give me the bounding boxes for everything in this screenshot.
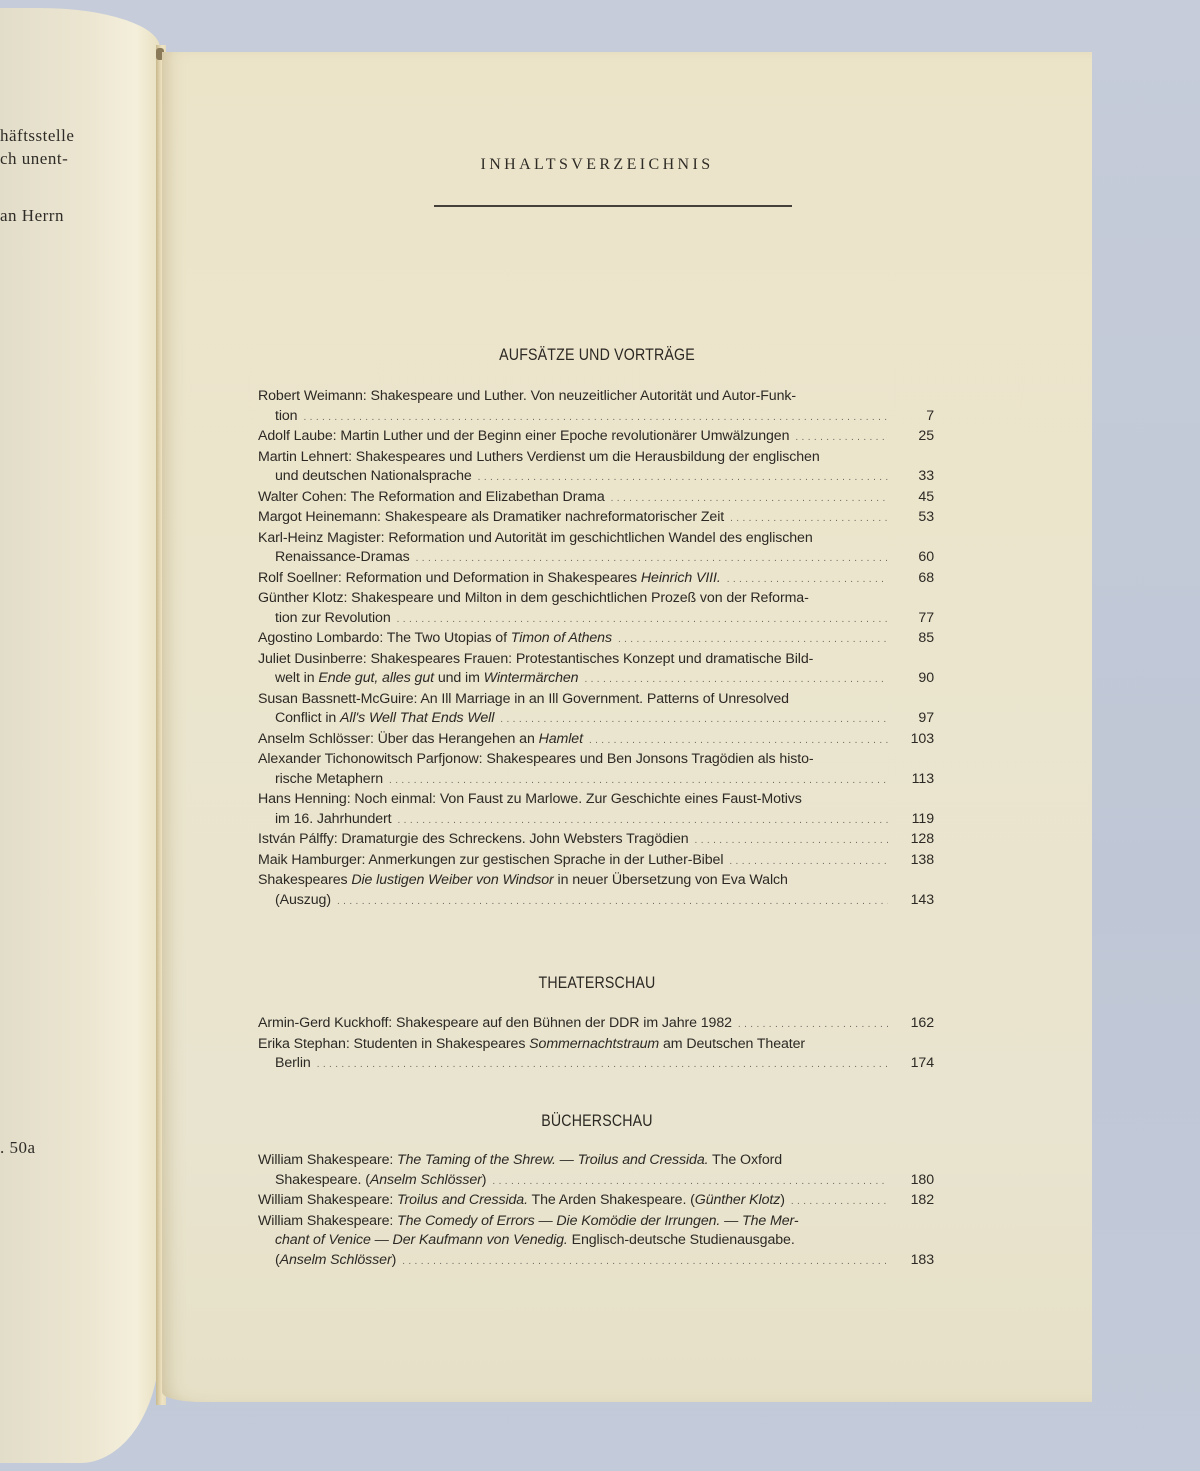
toc-entry-text: William Shakespeare: The Comedy of Error… [258,1212,799,1232]
toc-entry-line: (Auszug)................................… [258,891,936,912]
toc-page-number: 119 [894,810,936,830]
toc-page-number: 7 [894,407,936,427]
toc-entry-text: Martin Lehnert: Shakespeares und Luthers… [258,448,820,468]
left-page-text-fragment: ch unent- [0,149,68,169]
toc-list-buecherschau: William Shakespeare: The Taming of the S… [258,1151,936,1271]
toc-entry-text: Robert Weimann: Shakespeare und Luther. … [258,387,796,407]
toc-entry-line: Martin Lehnert: Shakespeares und Luthers… [258,448,936,468]
toc-entry-text: Maik Hamburger: Anmerkungen zur gestisch… [258,851,723,871]
toc-entry-text: Susan Bassnett-McGuire: An Ill Marriage … [258,690,789,710]
toc-entry: Erika Stephan: Studenten in Shakespeares… [258,1035,936,1075]
toc-page-number: 138 [894,851,936,871]
toc-entry-text: tion [275,407,297,427]
toc-entry: Robert Weimann: Shakespeare und Luther. … [258,387,936,427]
toc-entry-line: Maik Hamburger: Anmerkungen zur gestisch… [258,851,936,872]
dot-leader: ........................................… [402,1252,888,1272]
toc-entry-text: welt in Ende gut, alles gut und im Winte… [275,669,578,689]
toc-entry-text: Walter Cohen: The Reformation and Elizab… [258,488,605,508]
toc-entry-line: William Shakespeare: The Comedy of Error… [258,1212,936,1232]
dot-leader: ........................................… [727,570,888,590]
toc-entry-text: Berlin [275,1054,311,1074]
toc-page-number: 77 [894,609,936,629]
toc-page-number: 143 [894,891,936,911]
toc-entry: William Shakespeare: The Comedy of Error… [258,1212,936,1272]
dot-leader: ........................................… [500,710,888,730]
toc-entry-text: István Pálffy: Dramaturgie des Schrecken… [258,830,689,850]
dot-leader: ........................................… [738,1015,888,1035]
toc-entry-line: Renaissance-Dramas......................… [258,548,936,569]
toc-entry-line: im 16. Jahrhundert......................… [258,810,936,831]
toc-entry-line: Shakespeares Die lustigen Weiber von Win… [258,871,936,891]
toc-entry-text: Alexander Tichonowitsch Parfjonow: Shake… [258,750,814,770]
toc-entry-line: Shakespeare. (Anselm Schlösser).........… [258,1171,936,1192]
toc-entry: Rolf Soellner: Reformation und Deformati… [258,569,936,590]
toc-entry: Shakespeares Die lustigen Weiber von Win… [258,871,936,911]
toc-list-theaterschau: Armin-Gerd Kuckhoff: Shakespeare auf den… [258,1014,936,1075]
toc-entry-line: Berlin..................................… [258,1054,936,1075]
toc-entry-line: (Anselm Schlösser)......................… [258,1251,936,1272]
toc-page-number: 174 [894,1054,936,1074]
dot-leader: ........................................… [729,852,888,872]
toc-page-number: 128 [894,830,936,850]
toc-entry-text: im 16. Jahrhundert [275,810,392,830]
toc-page-number: 183 [894,1251,936,1271]
dot-leader: ........................................… [398,811,889,831]
left-page-text-fragment: . 50a [0,1138,36,1158]
dot-leader: ........................................… [795,428,888,448]
dot-leader: ........................................… [695,831,888,851]
toc-entry: István Pálffy: Dramaturgie des Schrecken… [258,830,936,851]
toc-entry-line: Agostino Lombardo: The Two Utopias of Ti… [258,629,936,650]
toc-entry-line: Günther Klotz: Shakespeare und Milton in… [258,589,936,609]
toc-entry-text: Margot Heinemann: Shakespeare als Dramat… [258,508,724,528]
toc-entry-line: rische Metaphern........................… [258,770,936,791]
toc-entry-line: tion....................................… [258,407,936,428]
toc-entry: Karl-Heinz Magister: Reformation und Aut… [258,529,936,569]
toc-entry: Susan Bassnett-McGuire: An Ill Marriage … [258,690,936,730]
toc-entry: William Shakespeare: Troilus and Cressid… [258,1191,936,1212]
toc-page-number: 25 [894,427,936,447]
dot-leader: ........................................… [303,408,888,428]
toc-entry: Margot Heinemann: Shakespeare als Dramat… [258,508,936,529]
toc-page-number: 68 [894,569,936,589]
toc-entry: Armin-Gerd Kuckhoff: Shakespeare auf den… [258,1014,936,1035]
toc-entry-line: Karl-Heinz Magister: Reformation und Aut… [258,529,936,549]
toc-entry-line: Robert Weimann: Shakespeare und Luther. … [258,387,936,407]
toc-entry: Günther Klotz: Shakespeare und Milton in… [258,589,936,629]
toc-entry-text: (Anselm Schlösser) [275,1251,396,1271]
toc-entry: Agostino Lombardo: The Two Utopias of Ti… [258,629,936,650]
dot-leader: ........................................… [397,610,888,630]
toc-entry-line: Conflict in All's Well That Ends Well...… [258,709,936,730]
toc-entry: Martin Lehnert: Shakespeares und Luthers… [258,448,936,488]
toc-entry-text: Anselm Schlösser: Über das Herangehen an… [258,730,583,750]
toc-entry-line: Anselm Schlösser: Über das Herangehen an… [258,730,936,751]
toc-entry-line: chant of Venice — Der Kaufmann von Vened… [258,1231,936,1251]
dot-leader: ........................................… [317,1055,888,1075]
dot-leader: ........................................… [478,468,888,488]
toc-entry-text: William Shakespeare: The Taming of the S… [258,1151,782,1171]
toc-entry-line: Juliet Dusinberre: Shakespeares Frauen: … [258,650,936,670]
dot-leader: ........................................… [589,731,888,751]
section-heading-buecherschau: BÜCHERSCHAU [305,1112,888,1131]
toc-entry: Hans Henning: Noch einmal: Von Faust zu … [258,790,936,830]
toc-page-number: 90 [894,669,936,689]
toc-entry: Anselm Schlösser: Über das Herangehen an… [258,730,936,751]
toc-entry-text: William Shakespeare: Troilus and Cressid… [258,1191,785,1211]
toc-entry-line: welt in Ende gut, alles gut und im Winte… [258,669,936,690]
toc-entry-text: Hans Henning: Noch einmal: Von Faust zu … [258,790,802,810]
toc-entry-text: Günther Klotz: Shakespeare und Milton in… [258,589,809,609]
toc-entry-text: Shakespeares Die lustigen Weiber von Win… [258,871,788,891]
toc-entry-text: rische Metaphern [275,770,383,790]
toc-entry-line: Margot Heinemann: Shakespeare als Dramat… [258,508,936,529]
dot-leader: ........................................… [337,892,888,912]
toc-entry-line: Erika Stephan: Studenten in Shakespeares… [258,1035,936,1055]
left-page: häftsstelle ch unent- an Herrn . 50a [0,8,160,1463]
dot-leader: ........................................… [611,489,888,509]
title-rule-divider [434,205,792,207]
toc-entry-text: Adolf Laube: Martin Luther und der Begin… [258,427,789,447]
toc-entry-line: Armin-Gerd Kuckhoff: Shakespeare auf den… [258,1014,936,1035]
toc-entry-text: Shakespeare. (Anselm Schlösser) [275,1171,486,1191]
dot-leader: ........................................… [618,630,888,650]
toc-entry-line: Alexander Tichonowitsch Parfjonow: Shake… [258,750,936,770]
dot-leader: ........................................… [416,549,888,569]
toc-page-number: 180 [894,1171,936,1191]
toc-page-number: 60 [894,548,936,568]
toc-entry-line: Walter Cohen: The Reformation and Elizab… [258,488,936,509]
toc-entry-line: Susan Bassnett-McGuire: An Ill Marriage … [258,690,936,710]
toc-page-number: 45 [894,488,936,508]
toc-page-number: 103 [894,730,936,750]
toc-entry-text: Juliet Dusinberre: Shakespeares Frauen: … [258,650,813,670]
toc-entry: Alexander Tichonowitsch Parfjonow: Shake… [258,750,936,790]
toc-entry-text: Karl-Heinz Magister: Reformation und Aut… [258,529,813,549]
left-page-text-fragment: an Herrn [0,206,64,226]
toc-page-number: 113 [894,770,936,790]
toc-entry-text: Agostino Lombardo: The Two Utopias of Ti… [258,629,612,649]
toc-entry-line: István Pálffy: Dramaturgie des Schrecken… [258,830,936,851]
toc-entry-text: Conflict in All's Well That Ends Well [275,709,494,729]
toc-entry: William Shakespeare: The Taming of the S… [258,1151,936,1191]
toc-page-number: 162 [894,1014,936,1034]
toc-entry-line: William Shakespeare: Troilus and Cressid… [258,1191,936,1212]
page-title: INHALTSVERZEICHNIS [258,156,936,174]
right-page: INHALTSVERZEICHNIS AUFSÄTZE UND VORTRÄGE… [162,52,1092,1402]
toc-page-number: 85 [894,629,936,649]
toc-entry-line: Hans Henning: Noch einmal: Von Faust zu … [258,790,936,810]
toc-entry-line: Adolf Laube: Martin Luther und der Begin… [258,427,936,448]
dot-leader: ........................................… [791,1192,888,1212]
toc-entry-text: Armin-Gerd Kuckhoff: Shakespeare auf den… [258,1014,732,1034]
dot-leader: ........................................… [492,1172,888,1192]
toc-entry: Walter Cohen: The Reformation and Elizab… [258,488,936,509]
dot-leader: ........................................… [584,670,888,690]
toc-entry: Adolf Laube: Martin Luther und der Begin… [258,427,936,448]
toc-entry-text: tion zur Revolution [275,609,391,629]
section-heading-theaterschau: THEATERSCHAU [305,974,888,993]
toc-list-aufsaetze: Robert Weimann: Shakespeare und Luther. … [258,387,936,911]
toc-entry-text: Erika Stephan: Studenten in Shakespeares… [258,1035,805,1055]
dot-leader: ........................................… [730,509,888,529]
toc-entry-line: tion zur Revolution.....................… [258,609,936,630]
section-heading-aufsaetze: AUFSÄTZE UND VORTRÄGE [305,346,888,365]
toc-page-number: 182 [894,1191,936,1211]
toc-entry-text: (Auszug) [275,891,331,911]
toc-entry: Maik Hamburger: Anmerkungen zur gestisch… [258,851,936,872]
toc-entry-line: und deutschen Nationalsprache...........… [258,467,936,488]
toc-entry-text: chant of Venice — Der Kaufmann von Vened… [275,1231,795,1251]
toc-entry-line: William Shakespeare: The Taming of the S… [258,1151,936,1171]
toc-entry-text: Rolf Soellner: Reformation und Deformati… [258,569,721,589]
toc-entry-line: Rolf Soellner: Reformation und Deformati… [258,569,936,590]
toc-page-number: 97 [894,709,936,729]
left-page-text-fragment: häftsstelle [0,126,74,146]
toc-entry: Juliet Dusinberre: Shakespeares Frauen: … [258,650,936,690]
toc-entry-text: und deutschen Nationalsprache [275,467,472,487]
toc-entry-text: Renaissance-Dramas [275,548,410,568]
toc-page-number: 33 [894,467,936,487]
toc-page-number: 53 [894,508,936,528]
dot-leader: ........................................… [389,771,888,791]
